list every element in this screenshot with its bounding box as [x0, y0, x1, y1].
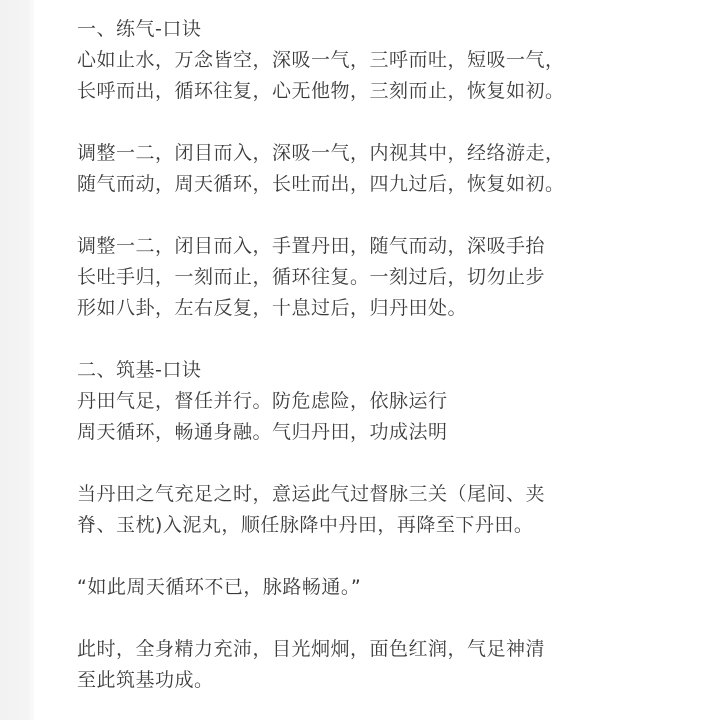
spacer — [77, 107, 677, 138]
left-margin-strip — [0, 0, 34, 720]
section1-para1-line2: 长呼而出，循环往复，心无他物，三刻而止，恢复如初。 — [77, 76, 677, 107]
section1-para3-line3: 形如八卦，左右反复，十息过后，归丹田处。 — [77, 293, 677, 324]
section2-para1-line2: 周天循环，畅通身融。气归丹田，功成法明 — [77, 417, 677, 448]
section1-para2-line1: 调整一二，闭目而入，深吸一气，内视其中，经络游走， — [77, 138, 677, 169]
section1-para3-line2: 长吐手归，一刻而止，循环往复。一刻过后，切勿止步 — [77, 262, 677, 293]
section1-para3-line1: 调整一二，闭目而入，手置丹田，随气而动，深吸手抬 — [77, 231, 677, 262]
spacer — [77, 603, 677, 634]
section1-para1-line1: 心如止水，万念皆空，深吸一气，三呼而吐，短吸一气， — [77, 45, 677, 76]
spacer — [77, 448, 677, 479]
section2-heading: 二、筑基-口诀 — [77, 355, 677, 386]
document-page: 一、练气-口诀 心如止水，万念皆空，深吸一气，三呼而吐，短吸一气， 长呼而出，循… — [34, 0, 720, 720]
section2-para1-line1: 丹田气足，督任并行。防危虑险，依脉运行 — [77, 386, 677, 417]
section2-para3-line1: 此时，全身精力充沛，目光炯炯，面色红润，气足神清 — [77, 634, 677, 665]
section2-para2-line2: 脊、玉枕)入泥丸，顺任脉降中丹田，再降至下丹田。 — [77, 510, 677, 541]
section2-para2-line1: 当丹田之气充足之时，意运此气过督脉三关（尾间、夹 — [77, 479, 677, 510]
section2-quote: “如此周天循环不已，脉路畅通。” — [77, 572, 677, 603]
section2-para3-line2: 至此筑基功成。 — [77, 665, 677, 696]
spacer — [77, 541, 677, 572]
spacer — [77, 324, 677, 355]
document-content: 一、练气-口诀 心如止水，万念皆空，深吸一气，三呼而吐，短吸一气， 长呼而出，循… — [77, 14, 677, 696]
section1-heading: 一、练气-口诀 — [77, 14, 677, 45]
section1-para2-line2: 随气而动，周天循环，长吐而出，四九过后，恢复如初。 — [77, 169, 677, 200]
spacer — [77, 200, 677, 231]
